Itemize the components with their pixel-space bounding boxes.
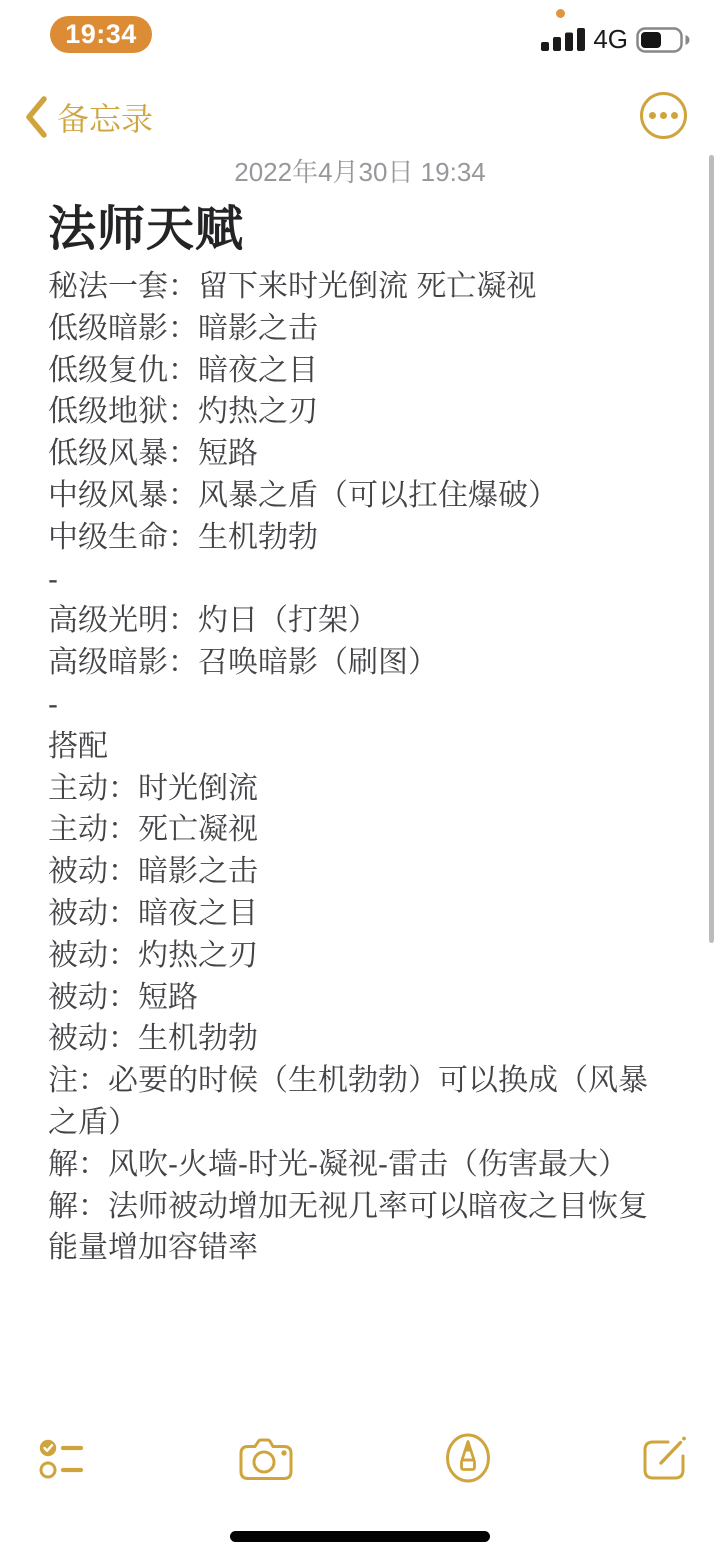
note-line[interactable]: 被动：灼热之刃 xyxy=(48,935,668,977)
note-line[interactable]: 被动：暗影之击 xyxy=(48,851,668,893)
note-date-label: 2022年4月30日 19:34 xyxy=(0,152,720,189)
cellular-signal-icon xyxy=(541,28,585,51)
ellipsis-dot xyxy=(649,112,656,119)
note-line[interactable]: 被动：短路 xyxy=(48,977,668,1019)
recording-indicator-dot-icon xyxy=(556,9,565,18)
note-line[interactable]: 之盾） xyxy=(48,1102,668,1144)
camera-icon xyxy=(239,1438,293,1481)
note-line[interactable]: 低级暗影：暗影之击 xyxy=(48,308,668,350)
status-time-pill[interactable]: 19:34 xyxy=(50,16,152,53)
network-type-label: 4G xyxy=(593,24,628,55)
back-button[interactable]: 备忘录 xyxy=(24,94,153,140)
note-body[interactable]: 秘法一套：留下来时光倒流 死亡凝视低级暗影：暗影之击低级复仇：暗夜之目低级地狱：… xyxy=(48,266,668,1269)
note-line[interactable]: 主动：时光倒流 xyxy=(48,768,668,810)
note-line[interactable]: 中级风暴：风暴之盾（可以扛住爆破） xyxy=(48,475,668,517)
home-indicator[interactable] xyxy=(230,1531,490,1542)
note-line[interactable]: 能量增加容错率 xyxy=(48,1227,668,1269)
checklist-button[interactable] xyxy=(38,1437,84,1483)
compose-button[interactable] xyxy=(641,1434,687,1480)
note-line[interactable]: 搭配 xyxy=(48,726,668,768)
note-line[interactable]: 中级生命：生机勃勃 xyxy=(48,517,668,559)
status-time-label: 19:34 xyxy=(65,19,137,50)
note-line[interactable]: 被动：生机勃勃 xyxy=(48,1018,668,1060)
compose-icon xyxy=(641,1434,687,1480)
ellipsis-dot xyxy=(660,112,667,119)
note-line[interactable]: - xyxy=(48,559,668,601)
note-title[interactable]: 法师天赋 xyxy=(48,190,244,259)
back-button-label: 备忘录 xyxy=(57,94,153,140)
note-line[interactable]: 注：必要的时候（生机勃勃）可以换成（风暴 xyxy=(48,1060,668,1102)
checklist-icon xyxy=(38,1437,84,1483)
note-line[interactable]: 解：法师被动增加无视几率可以暗夜之目恢复 xyxy=(48,1186,668,1228)
camera-button[interactable] xyxy=(239,1438,293,1481)
battery-icon xyxy=(636,27,692,53)
note-line[interactable]: 低级地狱：灼热之刃 xyxy=(48,391,668,433)
note-line[interactable]: 被动：暗夜之目 xyxy=(48,893,668,935)
ellipsis-dot xyxy=(671,112,678,119)
status-bar-right: 4G xyxy=(541,24,692,55)
chevron-left-icon xyxy=(24,95,48,139)
note-line[interactable]: 高级光明：灼日（打架） xyxy=(48,600,668,642)
note-line[interactable]: 主动：死亡凝视 xyxy=(48,809,668,851)
scrollbar[interactable] xyxy=(709,155,714,943)
note-line[interactable]: 秘法一套：留下来时光倒流 死亡凝视 xyxy=(48,266,668,308)
note-line[interactable]: 解：风吹-火墙-时光-凝视-雷击（伤害最大） xyxy=(48,1144,668,1186)
note-line[interactable]: 低级风暴：短路 xyxy=(48,433,668,475)
markup-icon xyxy=(445,1433,491,1483)
more-options-button[interactable] xyxy=(640,92,687,139)
note-line[interactable]: 高级暗影：召唤暗影（刷图） xyxy=(48,642,668,684)
markup-button[interactable] xyxy=(445,1433,491,1483)
note-line[interactable]: 低级复仇：暗夜之目 xyxy=(48,350,668,392)
notes-app-screen: 19:34 4G 备忘录 2022年4月30日 19:34 法师天赋 秘法一套：… xyxy=(0,0,720,1558)
note-line[interactable]: - xyxy=(48,684,668,726)
